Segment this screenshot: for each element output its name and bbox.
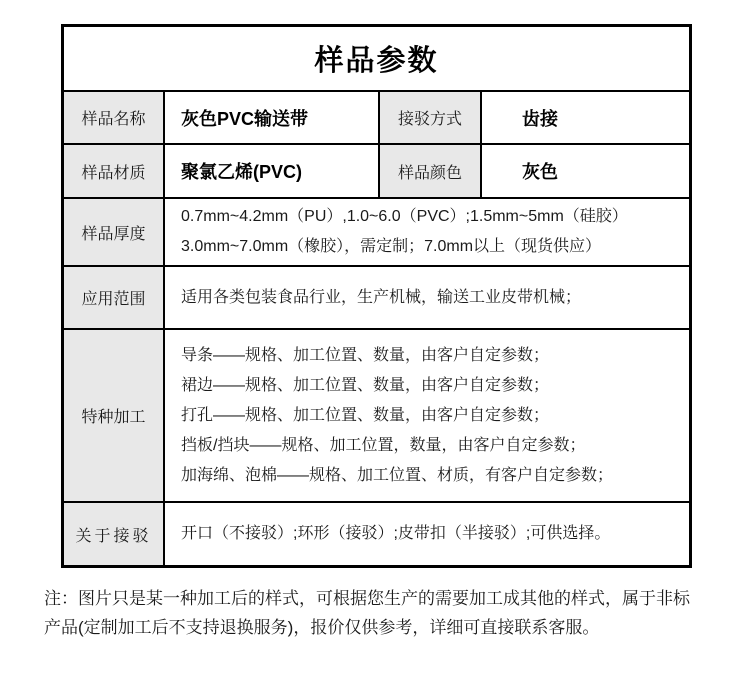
value-application-scope: 适用各类包装食品行业，生产机械，输送工业皮带机械； <box>165 267 689 328</box>
thickness-line-2: 3.0mm~7.0mm（橡胶），需定制；7.0mm以上（现货供应） <box>181 232 601 262</box>
note-line-1: 注：图片只是某一种加工后的样式，可根据您生产的需要加工成其他的样式，属于非标 <box>44 584 720 613</box>
value-special-processing: 导条——规格、加工位置、数量，由客户自定参数； 裙边——规格、加工位置、数量，由… <box>165 330 689 501</box>
label-sample-color: 样品颜色 <box>380 145 480 197</box>
special-line-4: 挡板/挡块——规格、加工位置，数量，由客户自定参数； <box>181 431 585 461</box>
special-line-1: 导条——规格、加工位置、数量，由客户自定参数； <box>181 341 549 371</box>
label-about-joining: 关于接驳 <box>64 503 163 565</box>
value-sample-name: 灰色PVC输送带 <box>165 92 378 143</box>
label-sample-thickness: 样品厚度 <box>64 199 163 265</box>
application-line: 适用各类包装食品行业，生产机械，输送工业皮带机械； <box>181 283 581 313</box>
label-application-scope: 应用范围 <box>64 267 163 328</box>
value-joint-method: 齿接 <box>482 92 689 143</box>
note-line-2: 产品(定制加工后不支持退换服务)，报价仅供参考，详细可直接联系客服。 <box>44 613 720 642</box>
special-line-3: 打孔——规格、加工位置、数量，由客户自定参数； <box>181 401 549 431</box>
value-sample-thickness: 0.7mm~4.2mm（PU）,1.0~6.0（PVC）;1.5mm~5mm（硅… <box>165 199 689 265</box>
label-sample-name: 样品名称 <box>64 92 163 143</box>
footer-note: 注：图片只是某一种加工后的样式，可根据您生产的需要加工成其他的样式，属于非标 产… <box>44 584 720 642</box>
label-joint-method: 接驳方式 <box>380 92 480 143</box>
spec-table: 样品参数 样品名称 灰色PVC输送带 接驳方式 齿接 样品材质 聚氯乙烯(PVC… <box>61 24 692 568</box>
product-spec-sheet: 样品参数 样品名称 灰色PVC输送带 接驳方式 齿接 样品材质 聚氯乙烯(PVC… <box>0 0 750 679</box>
joining-line: 开口（不接驳）;环形（接驳）;皮带扣（半接驳）;可供选择。 <box>181 519 610 549</box>
label-sample-material: 样品材质 <box>64 145 163 197</box>
value-about-joining: 开口（不接驳）;环形（接驳）;皮带扣（半接驳）;可供选择。 <box>165 503 689 565</box>
value-sample-color: 灰色 <box>482 145 689 197</box>
table-title: 样品参数 <box>64 27 689 90</box>
thickness-line-1: 0.7mm~4.2mm（PU）,1.0~6.0（PVC）;1.5mm~5mm（硅… <box>181 202 628 232</box>
value-sample-material: 聚氯乙烯(PVC) <box>165 145 378 197</box>
label-special-processing: 特种加工 <box>64 330 163 501</box>
special-line-2: 裙边——规格、加工位置、数量，由客户自定参数； <box>181 371 549 401</box>
special-line-5: 加海绵、泡棉——规格、加工位置、材质，有客户自定参数； <box>181 461 613 491</box>
